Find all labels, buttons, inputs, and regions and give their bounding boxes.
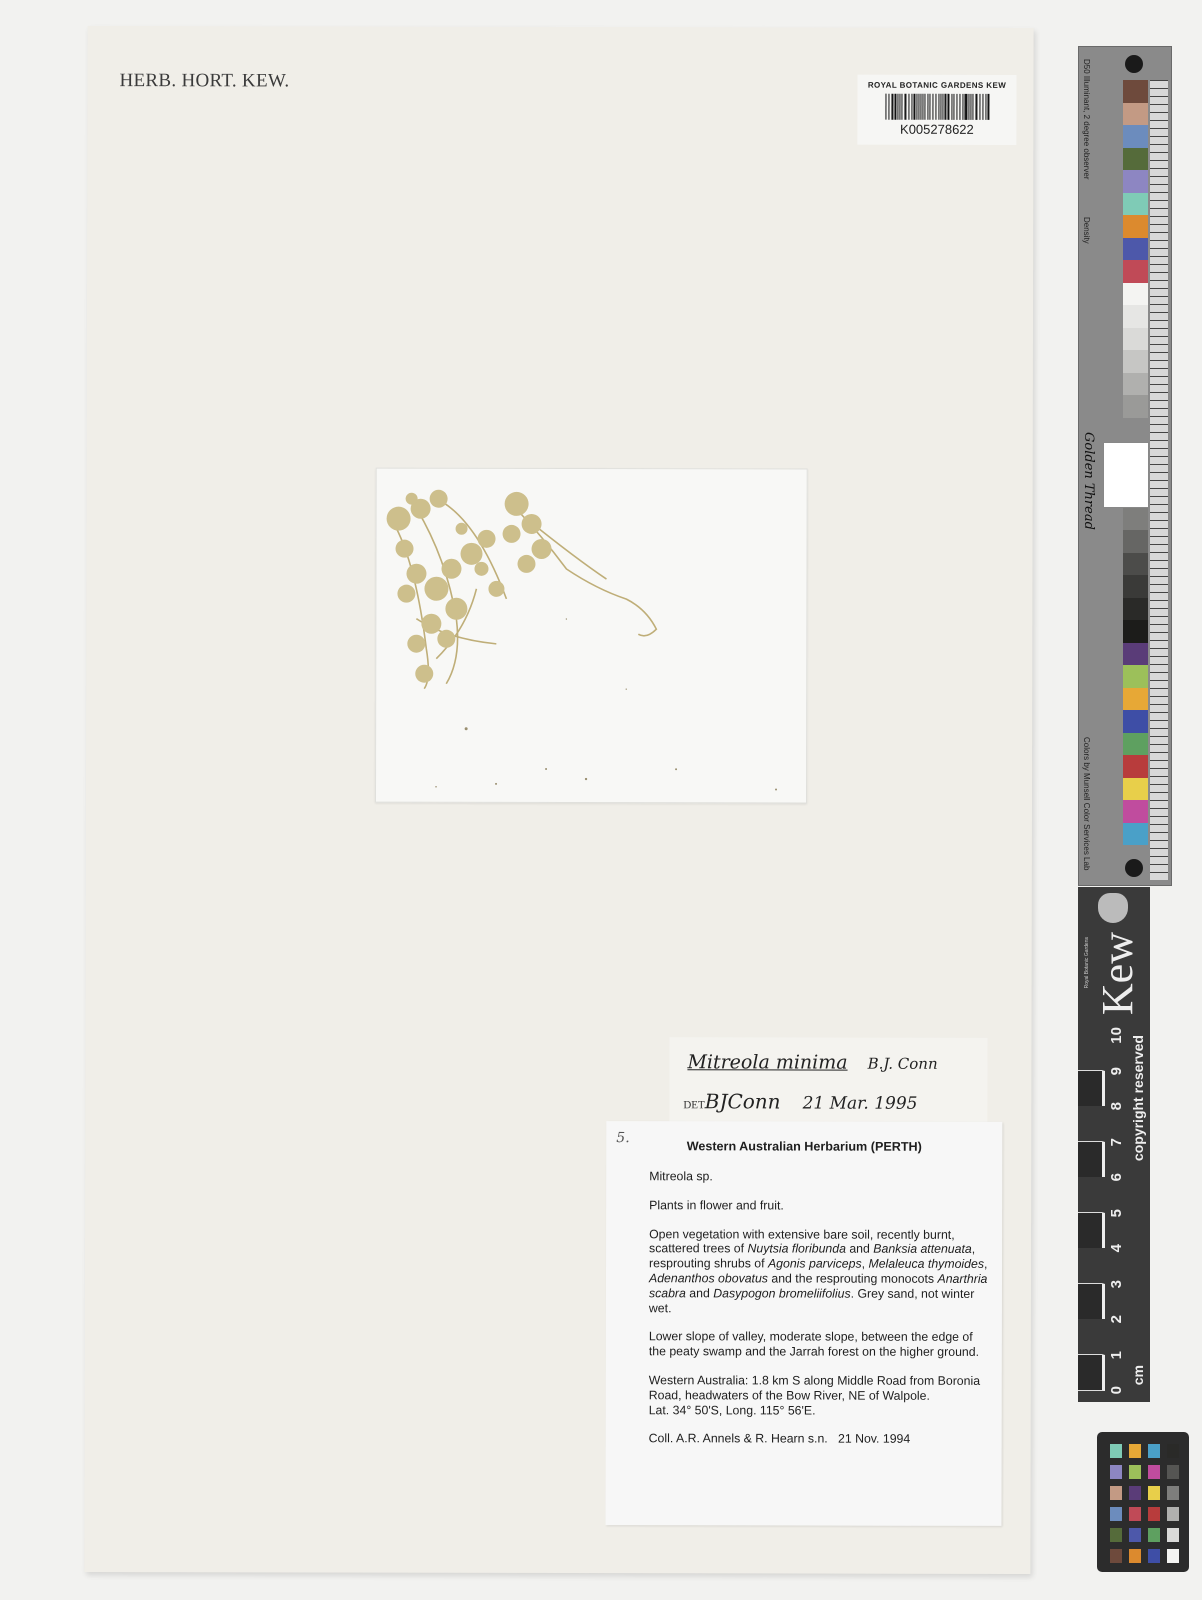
locality: Western Australia: 1.8 km S along Middle… bbox=[649, 1373, 989, 1403]
plant-specimen-icon bbox=[376, 469, 807, 803]
hole-icon bbox=[1125, 55, 1143, 73]
copyright-text: copyright reserved bbox=[1130, 1035, 1146, 1161]
color-checker-card bbox=[1097, 1432, 1189, 1572]
hole-icon bbox=[1125, 859, 1143, 877]
kew-logo: Kew bbox=[1092, 932, 1143, 1015]
brand-label: Golden Thread bbox=[1081, 432, 1096, 530]
phenology: Plants in flower and fruit. bbox=[649, 1198, 989, 1214]
herbarium-header: HERB. HORT. KEW. bbox=[119, 70, 289, 92]
taxon-author: B.J. Conn bbox=[868, 1055, 938, 1073]
barcode-icon bbox=[885, 94, 989, 120]
kew-sublabel: Royal Botanic Gardens bbox=[1084, 937, 1090, 988]
determination-slip: Mitreola minima B.J. Conn DETBJConn21 Ma… bbox=[669, 1037, 987, 1131]
color-patches bbox=[1123, 80, 1148, 845]
coordinates: Lat. 34° 50'S, Long. 115° 56'E. bbox=[649, 1403, 989, 1419]
color-calibration-scale: D50 Illuminant, 2 degree observer Densit… bbox=[1078, 46, 1172, 886]
ruler-blocks bbox=[1078, 1035, 1104, 1395]
collectors-line: Coll. A.R. Annels & R. Hearn s.n. 21 Nov… bbox=[649, 1432, 989, 1448]
munsell-text: Colors by Munsell Color Services Lab bbox=[1082, 737, 1091, 870]
determination-date: 21 Mar. 1995 bbox=[803, 1094, 918, 1114]
det-prefix: DET bbox=[683, 1099, 704, 1111]
collection-date: 21 Nov. 1994 bbox=[838, 1432, 910, 1446]
herbarium-sheet: HERB. HORT. KEW. ROYAL BOTANIC GARDENS K… bbox=[84, 26, 1033, 1574]
kew-ruler: Royal Botanic Gardens Kew copyright rese… bbox=[1078, 887, 1150, 1402]
collection-label: 5. Western Australian Herbarium (PERTH) … bbox=[605, 1121, 1002, 1526]
determiner-signature: BJConn bbox=[705, 1089, 781, 1113]
density-label: Density bbox=[1082, 217, 1091, 244]
specimen-packet bbox=[375, 468, 808, 804]
specimen-name: Mitreola sp. bbox=[649, 1169, 989, 1185]
barcode-institution: ROYAL BOTANIC GARDENS KEW bbox=[857, 81, 1016, 90]
determined-taxon: Mitreola minima bbox=[687, 1051, 847, 1073]
herbarium-name: Western Australian Herbarium (PERTH) bbox=[606, 1139, 1002, 1155]
habitat-description: Open vegetation with extensive bare soil… bbox=[649, 1227, 989, 1316]
barcode-number: K005278622 bbox=[857, 122, 1016, 137]
crest-icon bbox=[1098, 893, 1128, 923]
inch-ruler bbox=[1150, 80, 1168, 880]
barcode-label: ROYAL BOTANIC GARDENS KEW K005278622 bbox=[857, 75, 1016, 145]
collectors: Coll. A.R. Annels & R. Hearn s.n. bbox=[649, 1432, 828, 1446]
unit-label: cm bbox=[1130, 1365, 1146, 1385]
topography: Lower slope of valley, moderate slope, b… bbox=[649, 1330, 989, 1360]
illuminant-text: D50 Illuminant, 2 degree observer bbox=[1082, 59, 1091, 180]
